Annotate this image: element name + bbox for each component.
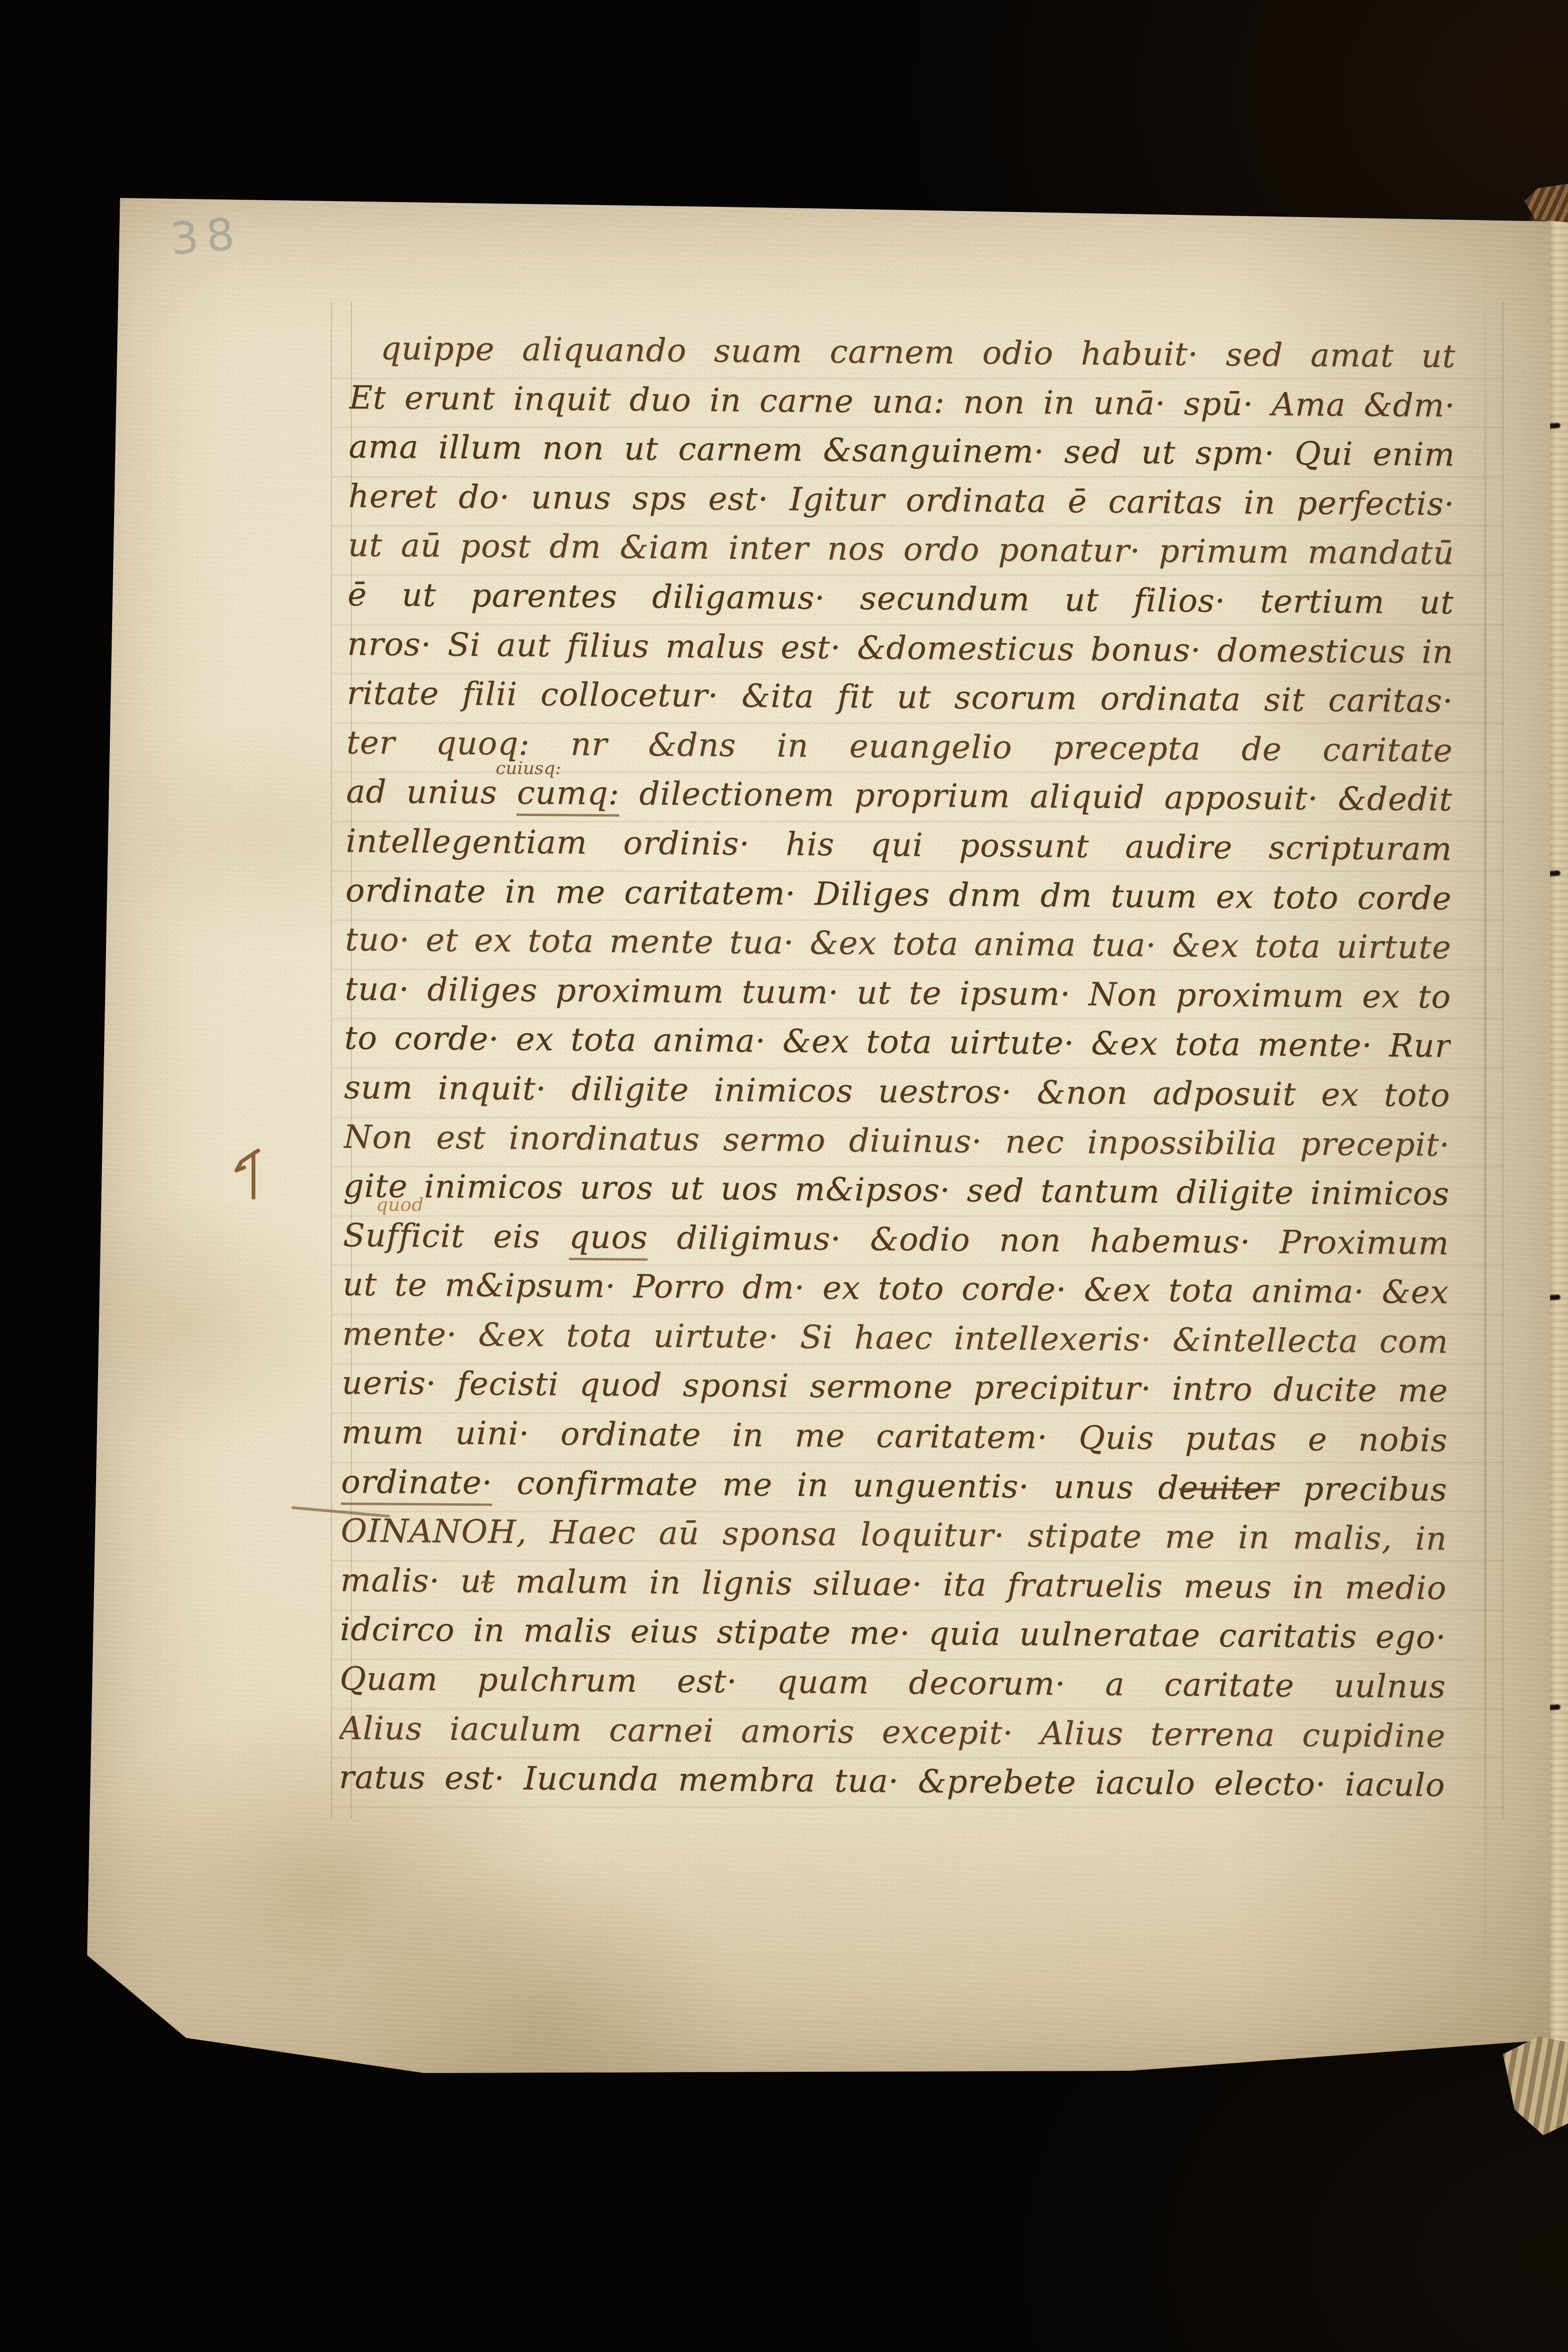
- manuscript-line: ratus est· Iucunda membra tua· &prebete …: [339, 1753, 1445, 1811]
- manuscript-line: Quam pulchrum est· quam decorum· a carit…: [340, 1655, 1446, 1712]
- manuscript-line: ordinate in me caritatem· Diliges dnm dm…: [345, 866, 1452, 924]
- manuscript-line: ut aū post dm &iam inter nos ordo ponatu…: [348, 521, 1454, 579]
- manuscript-line: tua· diliges proximum tuum· ut te ipsum·…: [344, 965, 1451, 1022]
- manuscript-line: OINANOH, Haec aū sponsa loquitur· stipat…: [341, 1507, 1447, 1564]
- manuscript-line: mente· &ex tota uirtute· Si haec intelle…: [342, 1310, 1449, 1367]
- manuscript-line: Et erunt inquit duo in carne una: non in…: [349, 374, 1455, 431]
- manuscript-line: mum uini· ordinate in me caritatem· Quis…: [341, 1408, 1448, 1466]
- manuscript-line: ama illum non ut carnem &sanguinem· sed …: [349, 423, 1455, 480]
- binding-tailband: [1503, 2036, 1568, 2135]
- manuscript-line: Non est inordinatus sermo diuinus· nec i…: [343, 1112, 1450, 1170]
- manuscript-line: heret do· unus sps est· Igitur ordinata …: [348, 472, 1455, 530]
- manuscript-line: idcirco in malis eius stipate me· quia u…: [340, 1605, 1446, 1663]
- manuscript-line: ut te m&ipsum· Porro dm· ex toto corde· …: [343, 1260, 1449, 1318]
- manuscript-line: nros· Si aut filius malus est· &domestic…: [347, 620, 1454, 678]
- manuscript-line: malis· ut malum in lignis siluae· ita fr…: [340, 1556, 1447, 1614]
- manuscript-line: gite inimicos uros ut uos m&ipsos· sed t…: [343, 1162, 1450, 1219]
- ruling-line-left-outer: [331, 302, 332, 1819]
- manuscript-line: Sufficit eis quos diligimus· &odio non h…: [343, 1211, 1449, 1269]
- interlinear-gloss: quod: [376, 1194, 424, 1216]
- interlinear-gloss: ~: [479, 1569, 497, 1594]
- manuscript-line: quippe aliquando suam carnem odio habuit…: [349, 324, 1456, 382]
- manuscript-line: Alius iaculum carnei amoris excepit· Ali…: [339, 1704, 1446, 1762]
- interlinear-gloss: cuiusq:: [496, 758, 561, 778]
- manuscript-line: ueris· fecisti quod sponsi sermone preci…: [342, 1359, 1448, 1416]
- manuscript-line: to corde· ex tota anima· &ex tota uirtut…: [344, 1014, 1451, 1071]
- manuscript-photo: 38 quippe aliquando suam carnem odio hab…: [0, 0, 1568, 2352]
- manuscript-line: ordinate· confirmate me in unguentis· un…: [341, 1458, 1448, 1515]
- manuscript-line: tuo· et ex tota mente tua· &ex tota anim…: [345, 915, 1452, 973]
- manuscript-line: sum inquit· diligite inimicos uestros· &…: [344, 1063, 1451, 1121]
- nota-monogram-icon: [235, 1149, 269, 1204]
- text-block: quippe aliquando suam carnem odio habuit…: [339, 324, 1456, 1811]
- folio-number: 38: [169, 208, 245, 266]
- manuscript-line: ritate filii collocetur· &ita fit ut sco…: [347, 669, 1454, 727]
- manuscript-line: intellegentiam ordinis· his qui possunt …: [346, 817, 1453, 874]
- manuscript-line: ē ut parentes diligamus· secundum ut fil…: [347, 571, 1454, 628]
